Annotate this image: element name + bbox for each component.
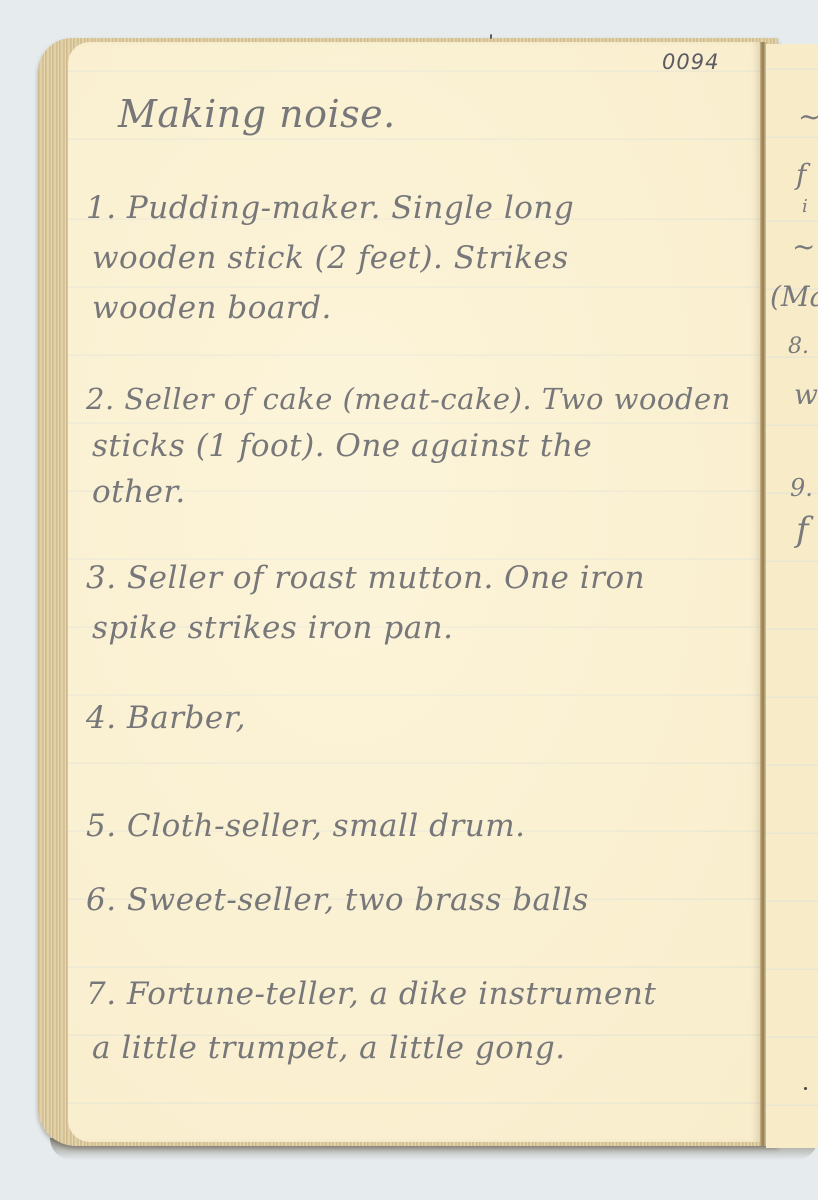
page-number: 0094 (662, 50, 719, 74)
right-fragment-5: (Ma (770, 280, 818, 313)
right-fragment-3: i (802, 196, 808, 217)
entry-3-line-2: spike strikes iron pan. (92, 610, 454, 646)
right-fragment-8: 9. (790, 474, 813, 502)
entry-2-line-2: sticks (1 foot). One against the (92, 428, 592, 464)
entry-1-line-2: wooden stick (2 feet). Strikes (92, 240, 569, 276)
entry-1-line-1: 1. Pudding-maker. Single long (86, 190, 574, 226)
right-fragment-4: ~ (792, 230, 815, 263)
entry-1-line-3: wooden board. (92, 290, 332, 326)
entry-2-line-1: 2. Seller of cake (meat-cake). Two woode… (86, 382, 731, 416)
right-fragment-6: 8. (788, 334, 809, 359)
entry-3-line-1: 3. Seller of roast mutton. One iron (86, 560, 645, 596)
entry-4-line-1: 4. Barber, (86, 700, 246, 736)
entry-5-line-1: 5. Cloth-seller, small drum. (86, 808, 526, 844)
right-fragment-7: w (794, 378, 818, 411)
right-fragment-2: f (796, 158, 806, 191)
entry-7-line-1: 7. Fortune-teller, a dike instrument (86, 976, 656, 1012)
paper-mark (490, 34, 492, 39)
right-page-fragment (766, 44, 818, 1148)
entry-6-line-1: 6. Sweet-seller, two brass balls (86, 882, 589, 918)
right-fragment-9: f (796, 510, 809, 550)
right-fragment-1: ~ (798, 100, 818, 133)
paper-speck (804, 1087, 807, 1090)
entry-7-line-2: a little trumpet, a little gong. (92, 1030, 566, 1066)
page-title: Making noise. (118, 92, 396, 136)
entry-2-line-3: other. (92, 474, 186, 510)
